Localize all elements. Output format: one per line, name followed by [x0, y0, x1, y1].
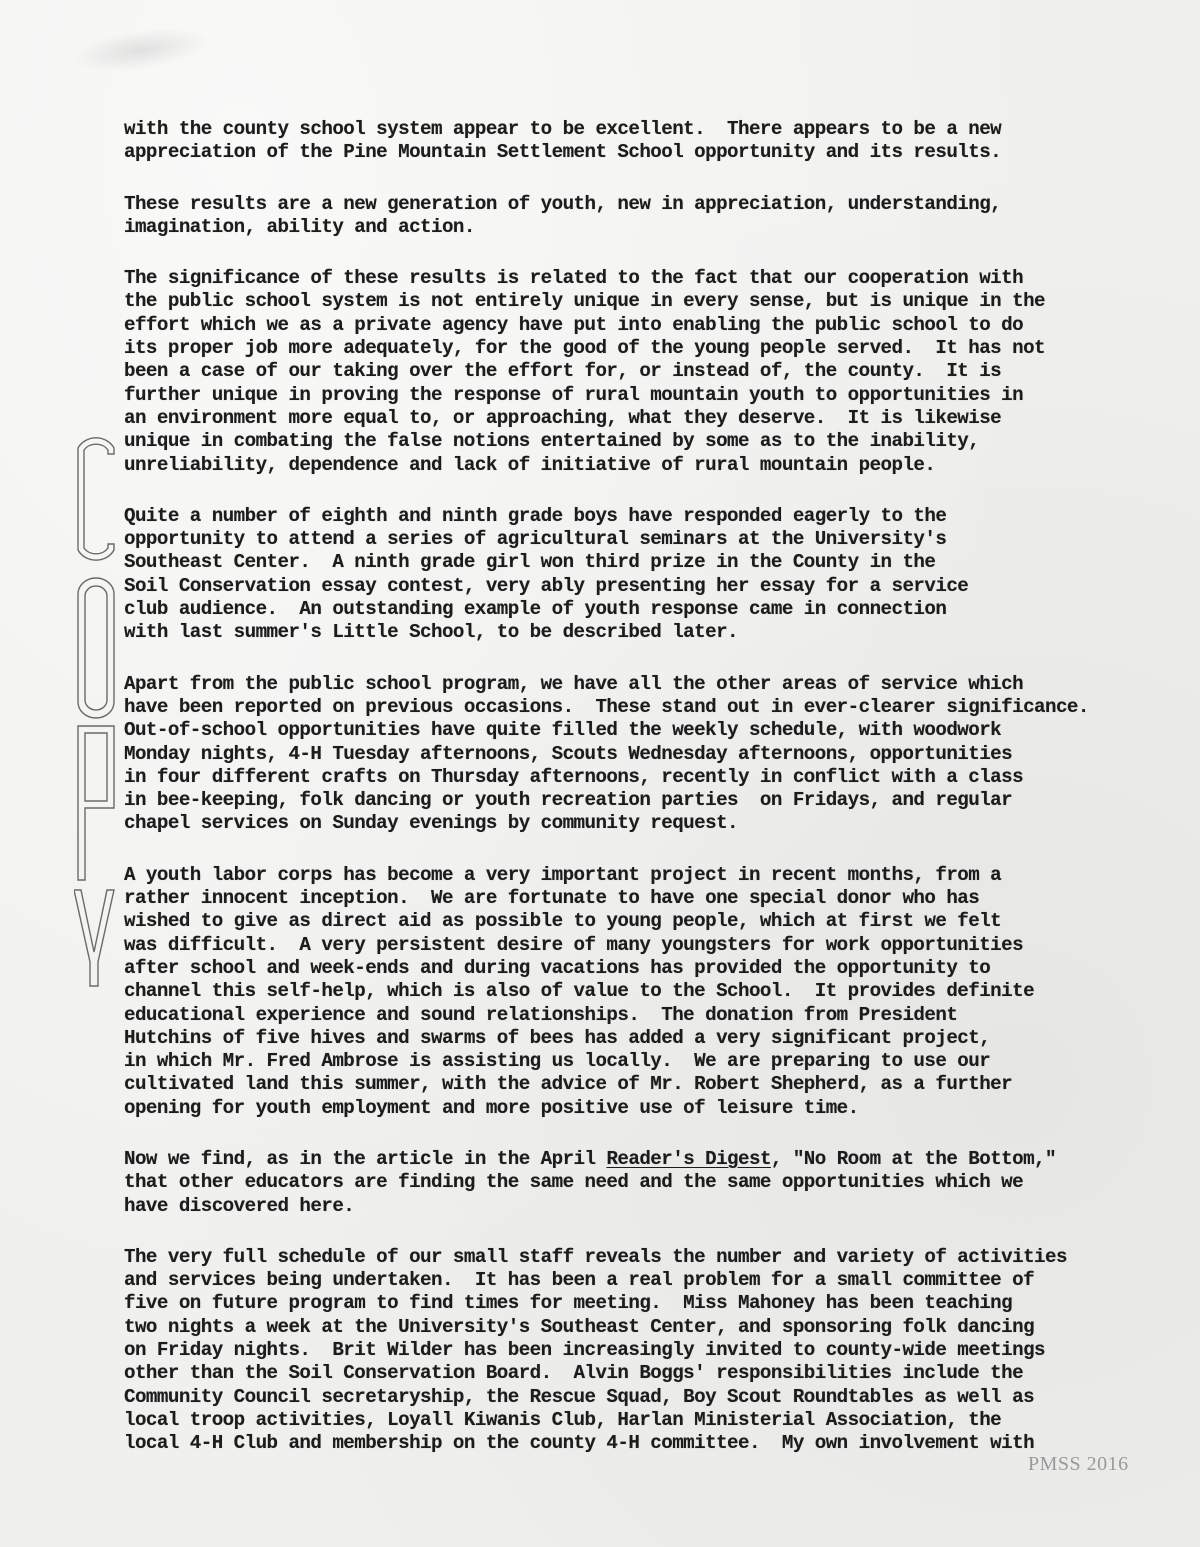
text-line: unreliability, dependence and lack of in… [124, 454, 1184, 477]
text-line: and services being undertaken. It has be… [124, 1269, 1184, 1292]
text-line: further unique in proving the response o… [124, 384, 1184, 407]
text-line: Hutchins of five hives and swarms of bee… [124, 1027, 1184, 1050]
paper-smudge [68, 20, 212, 79]
text-line: that other educators are finding the sam… [124, 1171, 1184, 1194]
text-line: been a case of our taking over the effor… [124, 360, 1184, 383]
paragraph-other-services: Apart from the public school program, we… [124, 673, 1184, 836]
text-line: in four different crafts on Thursday aft… [124, 766, 1184, 789]
letter-body: with the county school system appear to … [124, 118, 1184, 1484]
text-line: was difficult. A very persistent desire … [124, 934, 1184, 957]
text-line: club audience. An outstanding example of… [124, 598, 1184, 621]
paragraph-significance: The significance of these results is rel… [124, 267, 1184, 477]
text-line: rather innocent inception. We are fortun… [124, 887, 1184, 910]
text-segment: Now we find, as in the article in the Ap… [124, 1148, 606, 1170]
text-line: wished to give as direct aid as possible… [124, 910, 1184, 933]
text-line: unique in combating the false notions en… [124, 430, 1184, 453]
text-line: on Friday nights. Brit Wilder has been i… [124, 1339, 1184, 1362]
text-line: Apart from the public school program, we… [124, 673, 1184, 696]
text-line: opportunity to attend a series of agricu… [124, 528, 1184, 551]
archive-watermark: PMSS 2016 [1028, 1453, 1129, 1476]
text-line: Monday nights, 4-H Tuesday afternoons, S… [124, 743, 1184, 766]
text-line: Southeast Center. A ninth grade girl won… [124, 551, 1184, 574]
text-line: appreciation of the Pine Mountain Settle… [124, 141, 1184, 164]
text-line: Soil Conservation essay contest, very ab… [124, 575, 1184, 598]
document-page: with the county school system appear to … [0, 0, 1200, 1547]
paragraph-youth-labor-corps: A youth labor corps has become a very im… [124, 864, 1184, 1120]
text-line: in bee-keeping, folk dancing or youth re… [124, 789, 1184, 812]
text-line: the public school system is not entirely… [124, 290, 1184, 313]
text-line: with last summer's Little School, to be … [124, 621, 1184, 644]
text-line: five on future program to find times for… [124, 1292, 1184, 1315]
text-line: after school and week-ends and during va… [124, 957, 1184, 980]
text-line: in which Mr. Fred Ambrose is assisting u… [124, 1050, 1184, 1073]
text-line: local troop activities, Loyall Kiwanis C… [124, 1409, 1184, 1432]
paragraph-staff-schedule: The very full schedule of our small staf… [124, 1246, 1184, 1456]
text-line: its proper job more adequately, for the … [124, 337, 1184, 360]
copy-stamp-letters-icon [74, 428, 126, 988]
paragraph-seminars: Quite a number of eighth and ninth grade… [124, 505, 1184, 645]
text-line: have discovered here. [124, 1195, 1184, 1218]
text-line: educational experience and sound relatio… [124, 1004, 1184, 1027]
text-line: Out-of-school opportunities have quite f… [124, 719, 1184, 742]
text-line: an environment more equal to, or approac… [124, 407, 1184, 430]
text-line: two nights a week at the University's So… [124, 1316, 1184, 1339]
text-segment: , "No Room at the Bottom," [771, 1148, 1056, 1170]
text-line: with the county school system appear to … [124, 118, 1184, 141]
text-line: chapel services on Sunday evenings by co… [124, 812, 1184, 835]
text-line: imagination, ability and action. [124, 216, 1184, 239]
text-line: channel this self-help, which is also of… [124, 980, 1184, 1003]
text-line: effort which we as a private agency have… [124, 314, 1184, 337]
text-line: Now we find, as in the article in the Ap… [124, 1148, 1184, 1171]
text-line: cultivated land this summer, with the ad… [124, 1073, 1184, 1096]
text-line: opening for youth employment and more po… [124, 1097, 1184, 1120]
text-line: have been reported on previous occasions… [124, 696, 1184, 719]
text-line: other than the Soil Conservation Board. … [124, 1362, 1184, 1385]
text-line: The significance of these results is rel… [124, 267, 1184, 290]
copy-stamp [74, 428, 126, 988]
text-line: Quite a number of eighth and ninth grade… [124, 505, 1184, 528]
text-line: These results are a new generation of yo… [124, 193, 1184, 216]
paragraph-county-cooperation: with the county school system appear to … [124, 118, 1184, 165]
text-line: The very full schedule of our small staf… [124, 1246, 1184, 1269]
paragraph-results: These results are a new generation of yo… [124, 193, 1184, 240]
paragraph-readers-digest: Now we find, as in the article in the Ap… [124, 1148, 1184, 1218]
text-line: local 4-H Club and membership on the cou… [124, 1432, 1184, 1455]
text-line: A youth labor corps has become a very im… [124, 864, 1184, 887]
publication-title: Reader's Digest [606, 1148, 770, 1170]
text-line: Community Council secretaryship, the Res… [124, 1386, 1184, 1409]
